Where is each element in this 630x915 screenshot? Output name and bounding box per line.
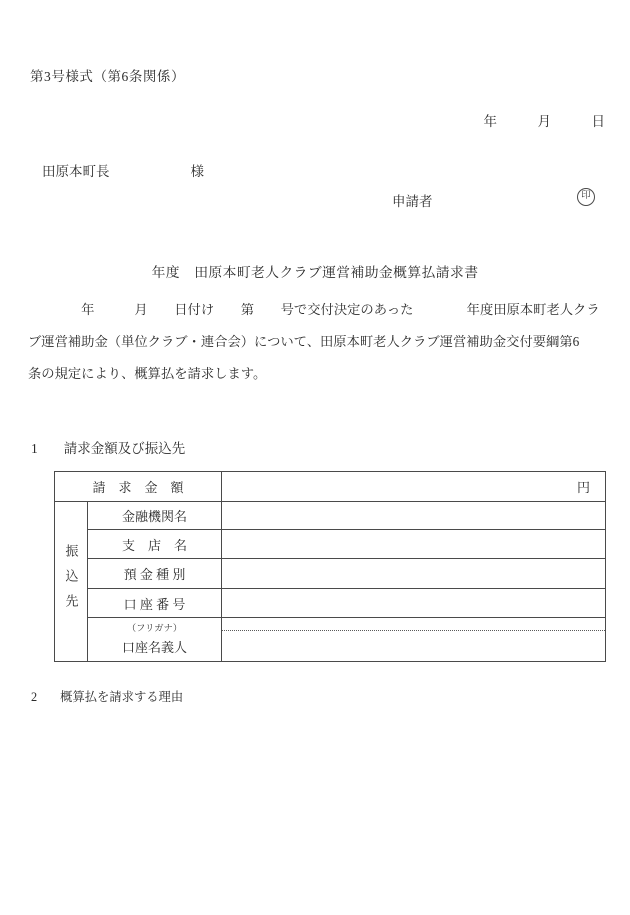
branch-name-label-cell: 支 店 名 bbox=[88, 530, 222, 559]
date-line: 年 月 日 bbox=[484, 110, 606, 130]
section-1-heading: 1 請求金額及び振込先 bbox=[31, 437, 185, 457]
amount-label-cell: 請 求 金 額 bbox=[55, 472, 222, 502]
payment-details-table: 請 求 金 額 円 振込先 金融機関名 支 店 名 預 金 種 別 口 座 番 … bbox=[54, 471, 606, 662]
addressee-line: 田原本町長 様 bbox=[42, 160, 204, 180]
account-holder-value-cell bbox=[222, 618, 605, 661]
seal-stamp-icon: 印 bbox=[577, 188, 595, 206]
account-holder-label-cell: （フリガナ） 口座名義人 bbox=[88, 618, 222, 661]
section-1-number: 1 bbox=[31, 441, 38, 457]
bank-name-value-cell bbox=[222, 502, 605, 530]
amount-unit-label: 円 bbox=[577, 477, 590, 496]
document-title: 年度 田原本町老人クラブ運営補助金概算払請求書 bbox=[0, 261, 630, 281]
form-number: 第3号様式（第6条関係） bbox=[30, 65, 185, 85]
seal-character: 印 bbox=[581, 192, 591, 202]
body-paragraph: 年 月 日付け 第 号で交付決定のあった 年度田原本町老人クラ ブ運営補助金（単… bbox=[28, 294, 608, 390]
furigana-label: （フリガナ） bbox=[127, 620, 182, 634]
body-line-3: 条の規定により、概算払を請求します。 bbox=[28, 358, 608, 390]
transfer-destination-cell: 振込先 bbox=[55, 502, 88, 661]
furigana-dotted-rule bbox=[222, 630, 605, 631]
document-page: 第3号様式（第6条関係） 年 月 日 田原本町長 様 申請者 印 年度 田原本町… bbox=[0, 0, 630, 915]
account-number-label-cell: 口 座 番 号 bbox=[88, 589, 222, 618]
applicant-label: 申請者 bbox=[392, 190, 433, 210]
branch-name-value-cell bbox=[222, 530, 605, 559]
bank-name-label-cell: 金融機関名 bbox=[88, 502, 222, 530]
section-2-number: 2 bbox=[31, 690, 37, 705]
account-number-value-cell bbox=[222, 589, 605, 618]
section-2-title: 概算払を請求する理由 bbox=[60, 687, 183, 705]
deposit-type-label-cell: 預 金 種 別 bbox=[88, 559, 222, 589]
body-line-1: 年 月 日付け 第 号で交付決定のあった 年度田原本町老人クラ bbox=[28, 294, 608, 326]
section-2-heading: 2 概算払を請求する理由 bbox=[31, 687, 183, 705]
account-holder-label: 口座名義人 bbox=[122, 637, 187, 656]
section-1-title: 請求金額及び振込先 bbox=[64, 437, 186, 457]
amount-value-cell: 円 bbox=[222, 472, 605, 502]
deposit-type-value-cell bbox=[222, 559, 605, 589]
transfer-destination-label: 振込先 bbox=[62, 544, 81, 619]
body-line-2: ブ運営補助金（単位クラブ・連合会）について、田原本町老人クラブ運営補助金交付要綱… bbox=[28, 326, 608, 358]
